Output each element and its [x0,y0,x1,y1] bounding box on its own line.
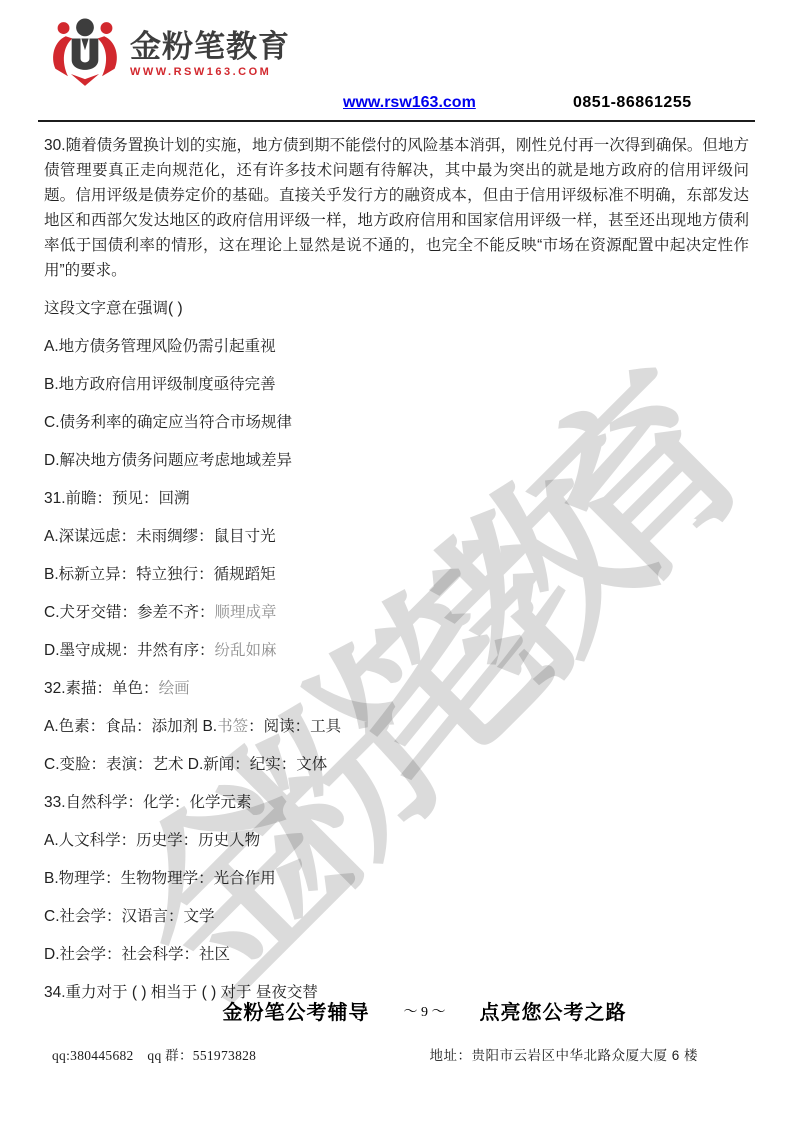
question-32-options-cd: C.变脸：表演：艺术 D.新闻：纪实：文体 [44,754,749,775]
footer-meta-row: qq:380445682 qq 群：551973828 地址：贵阳市云岩区中华北… [0,1044,793,1064]
brand-logo: 金粉笔教育 WWW.RSW163.COM [48,14,290,94]
question-content: 30.随着债务置换计划的实施，地方债到期不能偿付的风险基本消弭，刚性兑付再一次得… [0,122,793,1003]
question-33-stem: 33.自然科学：化学：化学元素 [44,792,749,813]
question-31-option-a: A.深谋远虑：未雨绸缪：鼠目寸光 [44,526,749,547]
question-32-stem-text: 32.素描：单色： [44,680,159,697]
question-32-options-ab-gray-text: 书签 [217,718,248,735]
question-30-option-a: A.地方债务管理风险仍需引起重视 [44,336,749,357]
question-31-option-d: D.墨守成规：井然有序：纷乱如麻 [44,640,749,661]
question-32-options-ab: A.色素：食品：添加剂 B.书签：阅读：工具 [44,716,749,737]
website-link[interactable]: www.rsw163.com [343,94,476,112]
brand-logo-icon [48,14,122,94]
question-30-option-b: B.地方政府信用评级制度亟待完善 [44,374,749,395]
question-32-stem: 32.素描：单色：绘画 [44,678,749,699]
question-31-stem: 31.前瞻：预见：回溯 [44,488,749,509]
question-33-option-d: D.社会学：社会科学：社区 [44,944,749,965]
question-33-option-c: C.社会学：汉语言：文学 [44,906,749,927]
question-32-options-ab-text: A.色素：食品：添加剂 B. [44,718,217,735]
question-31-option-c: C.犬牙交错：参差不齐：顺理成章 [44,602,749,623]
question-32-options-ab-tail-text: ：阅读：工具 [248,718,341,735]
brand-name: 金粉笔教育 [130,30,290,64]
question-31-option-d-gray-text: 纷乱如麻 [215,642,277,659]
phone-number: 0851-86861255 [573,94,692,112]
question-32-stem-gray-text: 绘画 [159,680,190,697]
document-page: 金粉笔教育 金粉笔教育 WWW.RSW163.COM ww [0,0,793,1122]
question-31-option-d-text: D.墨守成规：井然有序： [44,642,215,659]
brand-site-caption: WWW.RSW163.COM [130,66,290,78]
question-30-stem: 30.随着债务置换计划的实施，地方债到期不能偿付的风险基本消弭，刚性兑付再一次得… [44,133,749,283]
question-31-option-b: B.标新立异：特立独行：循规蹈矩 [44,564,749,585]
footer-slogan-right: 点亮您公考之路 [480,996,627,1025]
question-30-prompt: 这段文字意在强调( ) [44,298,749,319]
page-header: 金粉笔教育 WWW.RSW163.COM www.rsw163.com 0851… [38,0,755,122]
footer-qq-contacts: qq:380445682 qq 群：551973828 [52,1044,256,1064]
footer-slogan-row: 金粉笔公考辅导 ～ 9 ～ 点亮您公考之路 [28,996,793,1025]
question-30-option-c: C.债务利率的确定应当符合市场规律 [44,412,749,433]
page-number: ～ 9 ～ [404,1001,446,1021]
question-30-option-d: D.解决地方债务问题应考虑地域差异 [44,450,749,471]
footer-slogan-left: 金粉笔公考辅导 [223,996,370,1025]
brand-logo-text: 金粉笔教育 WWW.RSW163.COM [130,30,290,78]
question-31-option-c-gray-text: 顺理成章 [215,604,277,621]
question-31-option-c-text: C.犬牙交错：参差不齐： [44,604,215,621]
footer-address: 地址：贵阳市云岩区中华北路众厦大厦 6 楼 [429,1044,698,1064]
question-33-option-a: A.人文科学：历史学：历史人物 [44,830,749,851]
question-33-option-b: B.物理学：生物物理学：光合作用 [44,868,749,889]
